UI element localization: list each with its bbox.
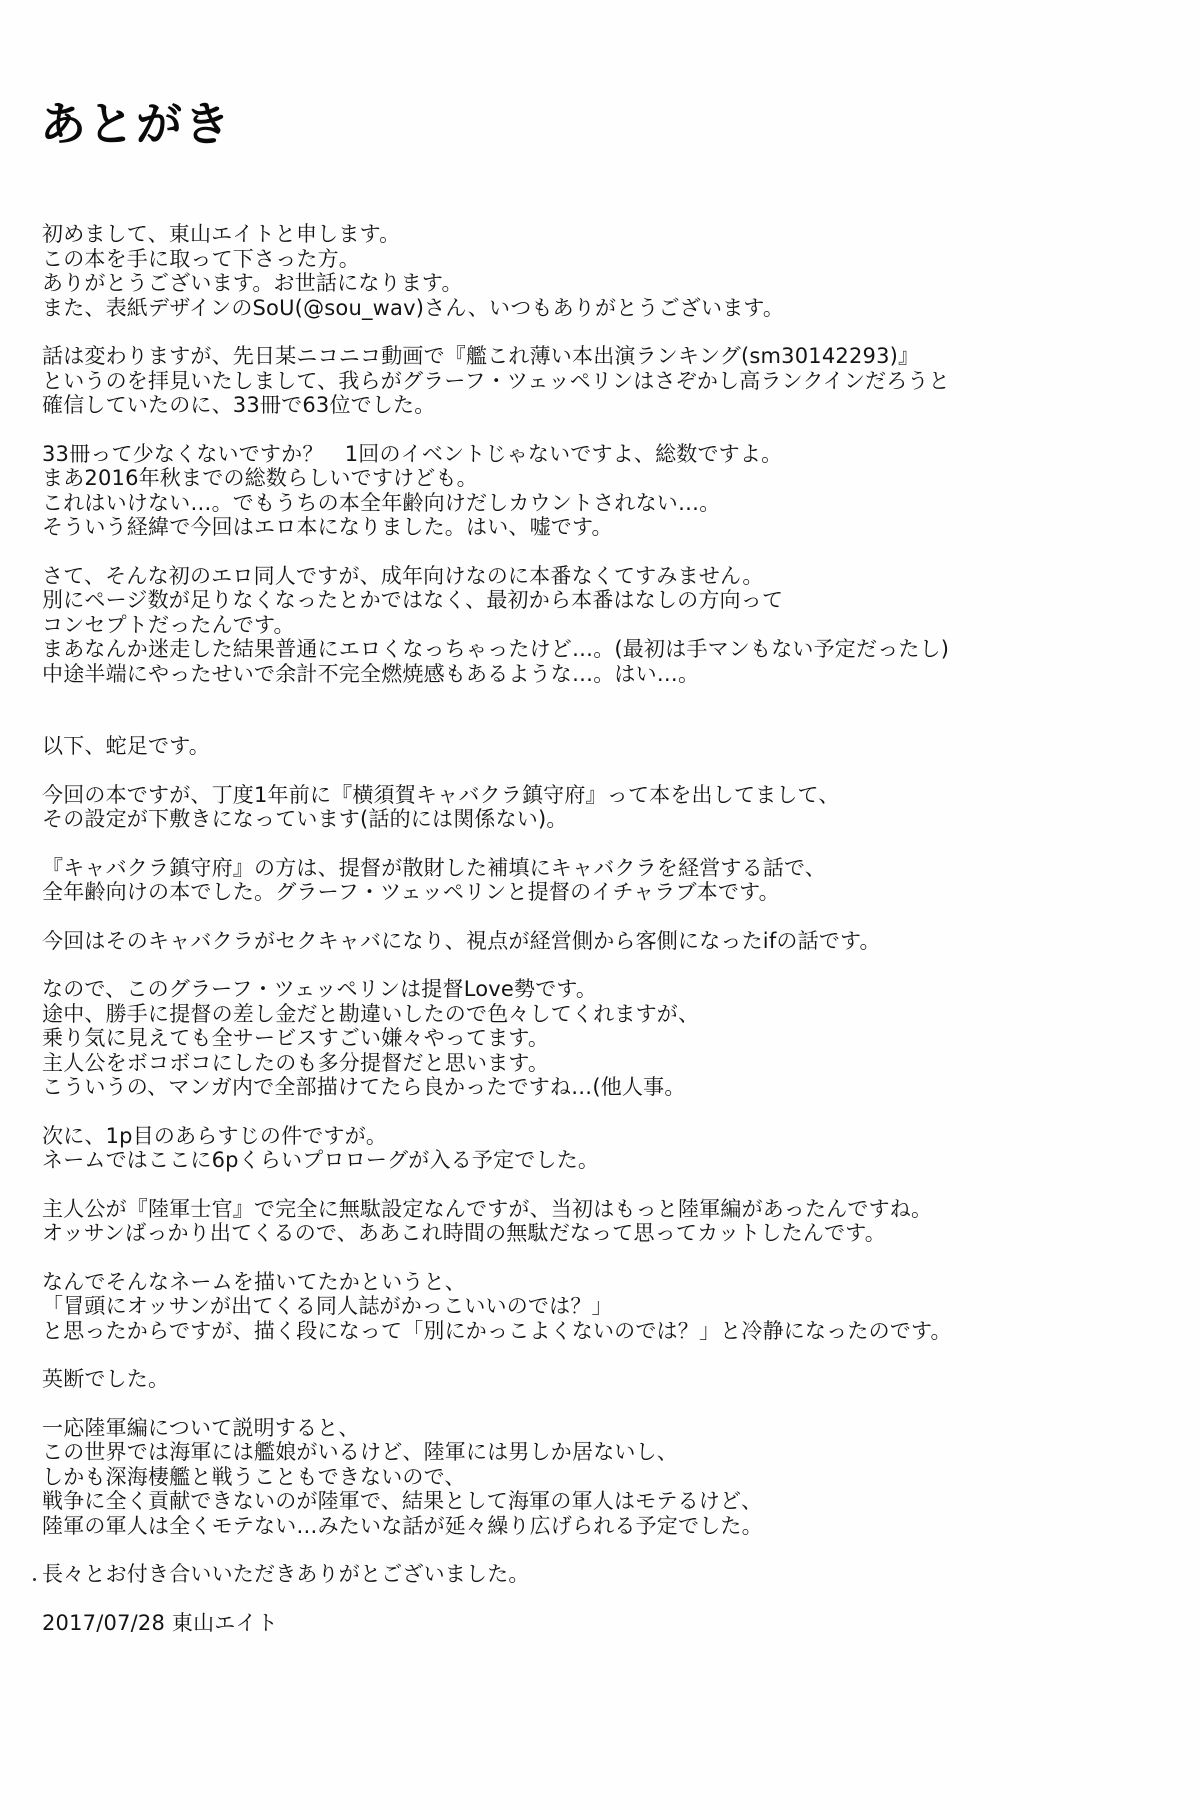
paragraph-count: 33冊って少なくないですか？ 1回のイベントじゃないですよ、総数ですよ。 まあ2… (42, 442, 1172, 540)
text-line: 初めまして、東山エイトと申します。 (42, 222, 1172, 247)
paragraph-if-story: 今回はそのキャバクラがセクキャバになり、視点が経営側から客側になったifの話です… (42, 929, 1172, 954)
text-line: なので、このグラーフ・ツェッペリンは提督Love勢です。 (42, 977, 1172, 1002)
text-line: 別にページ数が足りなくなったとかではなく、最初から本番はなしの方向って (42, 588, 1172, 613)
text-line: 次に、1p目のあらすじの件ですが。 (42, 1124, 1172, 1149)
text-line: 途中、勝手に提督の差し金だと勘違いしたので色々してくれますが、 (42, 1002, 1172, 1027)
paragraph-reason: なんでそんなネームを描いてたかというと、 「冒頭にオッサンが出てくる同人誌がかっ… (42, 1270, 1172, 1344)
text-line: この世界では海軍には艦娘がいるけど、陸軍には男しか居ないし、 (42, 1440, 1172, 1465)
paragraph-spacer (42, 320, 1172, 344)
paragraph-spacer (42, 832, 1172, 856)
text-line: これはいけない…。でもうちの本全年齢向けだしカウントされない…。 (42, 491, 1172, 516)
paragraph-greeting: 初めまして、東山エイトと申します。 この本を手に取って下さった方。 ありがとうご… (42, 222, 1172, 320)
text-line: その設定が下敷きになっています(話的には関係ない)。 (42, 807, 1172, 832)
text-line: 以下、蛇足です。 (42, 734, 1172, 759)
paragraph-spacer (42, 1587, 1172, 1611)
text-line: そういう経緯で今回はエロ本になりました。はい、嘘です。 (42, 515, 1172, 540)
paragraph-ranking: 話は変わりますが、先日某ニコニコ動画で『艦これ薄い本出演ランキング(sm3014… (42, 344, 1172, 418)
date-and-author: 2017/07/28 東山エイト (42, 1611, 1172, 1636)
text-line: と思ったからですが、描く段になって「別にかっこよくないのでは？」と冷静になったの… (42, 1319, 1172, 1344)
paragraph-aside-intro: 以下、蛇足です。 (42, 734, 1172, 759)
text-line: 中途半端にやったせいで余計不完全燃焼感もあるような…。はい…。 (42, 662, 1172, 687)
text-line: 英断でした。 (42, 1367, 1172, 1392)
text-line: 長々とお付き合いいただきありがとございました。 (42, 1562, 1172, 1587)
text-line: しかも深海棲艦と戦うこともできないので、 (42, 1465, 1172, 1490)
text-line: 主人公をボコボコにしたのも多分提督だと思います。 (42, 1051, 1172, 1076)
text-line: 今回の本ですが、丁度1年前に『横須賀キャバクラ鎮守府』って本を出してまして、 (42, 783, 1172, 808)
paragraph-spacer (42, 759, 1172, 783)
text-line: 今回はそのキャバクラがセクキャバになり、視点が経営側から客側になったifの話です… (42, 929, 1172, 954)
text-line: 乗り気に見えても全サービスすごい嫌々やってます。 (42, 1026, 1172, 1051)
paragraph-army-arc: 主人公が『陸軍士官』で完全に無駄設定なんですが、当初はもっと陸軍編があったんです… (42, 1197, 1172, 1246)
text-line: 話は変わりますが、先日某ニコニコ動画で『艦これ薄い本出演ランキング(sm3014… (42, 344, 1172, 369)
paragraph-spacer (42, 686, 1172, 734)
text-line: 33冊って少なくないですか？ 1回のイベントじゃないですよ、総数ですよ。 (42, 442, 1172, 467)
paragraph-spacer (42, 1343, 1172, 1367)
text-line: また、表紙デザインのSoU(@sou_wav)さん、いつもありがとうございます。 (42, 296, 1172, 321)
paragraph-army-explanation: 一応陸軍編について説明すると、 この世界では海軍には艦娘がいるけど、陸軍には男し… (42, 1416, 1172, 1539)
text-line: 戦争に全く貢献できないのが陸軍で、結果として海軍の軍人はモテるけど、 (42, 1489, 1172, 1514)
scan-speck (33, 1578, 36, 1581)
paragraph-spacer (42, 905, 1172, 929)
paragraph-thanks: 長々とお付き合いいただきありがとございました。 (42, 1562, 1172, 1587)
paragraph-concept: さて、そんな初のエロ同人ですが、成年向けなのに本番なくてすみません。 別にページ… (42, 564, 1172, 687)
paragraph-spacer (42, 1173, 1172, 1197)
text-line: コンセプトだったんです。 (42, 613, 1172, 638)
text-line: まあなんか迷走した結果普通にエロくなっちゃったけど…。(最初は手マンもない予定だ… (42, 637, 1172, 662)
text-line: なんでそんなネームを描いてたかというと、 (42, 1270, 1172, 1295)
text-line: こういうの、マンガ内で全部描けてたら良かったですね…(他人事。 (42, 1075, 1172, 1100)
paragraph-spacer (42, 1538, 1172, 1562)
text-line: というのを拝見いたしまして、我らがグラーフ・ツェッペリンはさぞかし高ランクインだ… (42, 369, 1172, 394)
paragraph-previous-book: 今回の本ですが、丁度1年前に『横須賀キャバクラ鎮守府』って本を出してまして、 そ… (42, 783, 1172, 832)
paragraph-spacer (42, 418, 1172, 442)
afterword-body: 初めまして、東山エイトと申します。 この本を手に取って下さった方。 ありがとうご… (42, 222, 1172, 1635)
text-line: この本を手に取って下さった方。 (42, 247, 1172, 272)
paragraph-spacer (42, 1100, 1172, 1124)
paragraph-spacer (42, 540, 1172, 564)
text-line: まあ2016年秋までの総数らしいですけども。 (42, 466, 1172, 491)
text-line: 一応陸軍編について説明すると、 (42, 1416, 1172, 1441)
text-line: 陸軍の軍人は全くモテない…みたいな話が延々繰り広げられる予定でした。 (42, 1514, 1172, 1539)
paragraph-spacer (42, 1392, 1172, 1416)
paragraph-decision: 英断でした。 (42, 1367, 1172, 1392)
text-line: ネームではここに6pくらいプロローグが入る予定でした。 (42, 1148, 1172, 1173)
text-line: オッサンばっかり出てくるので、ああこれ時間の無駄だなって思ってカットしたんです。 (42, 1221, 1172, 1246)
text-line: 主人公が『陸軍士官』で完全に無駄設定なんですが、当初はもっと陸軍編があったんです… (42, 1197, 1172, 1222)
afterword-page: あとがき 初めまして、東山エイトと申します。 この本を手に取って下さった方。 あ… (0, 0, 1200, 1810)
signature: 2017/07/28 東山エイト (42, 1611, 1172, 1636)
paragraph-spacer (42, 953, 1172, 977)
paragraph-spacer (42, 1246, 1172, 1270)
text-line: 「冒頭にオッサンが出てくる同人誌がかっこいいのでは？」 (42, 1294, 1172, 1319)
text-line: 確信していたのに、33冊で63位でした。 (42, 393, 1172, 418)
text-line: 全年齢向けの本でした。グラーフ・ツェッペリンと提督のイチャラブ本です。 (42, 880, 1172, 905)
page-title: あとがき (40, 101, 232, 147)
text-line: ありがとうございます。お世話になります。 (42, 271, 1172, 296)
paragraph-synopsis: 次に、1p目のあらすじの件ですが。 ネームではここに6pくらいプロローグが入る予… (42, 1124, 1172, 1173)
text-line: さて、そんな初のエロ同人ですが、成年向けなのに本番なくてすみません。 (42, 564, 1172, 589)
paragraph-previous-book-summary: 『キャバクラ鎮守府』の方は、提督が散財した補填にキャバクラを経営する話で、 全年… (42, 856, 1172, 905)
paragraph-character: なので、このグラーフ・ツェッペリンは提督Love勢です。 途中、勝手に提督の差し… (42, 977, 1172, 1100)
text-line: 『キャバクラ鎮守府』の方は、提督が散財した補填にキャバクラを経営する話で、 (42, 856, 1172, 881)
